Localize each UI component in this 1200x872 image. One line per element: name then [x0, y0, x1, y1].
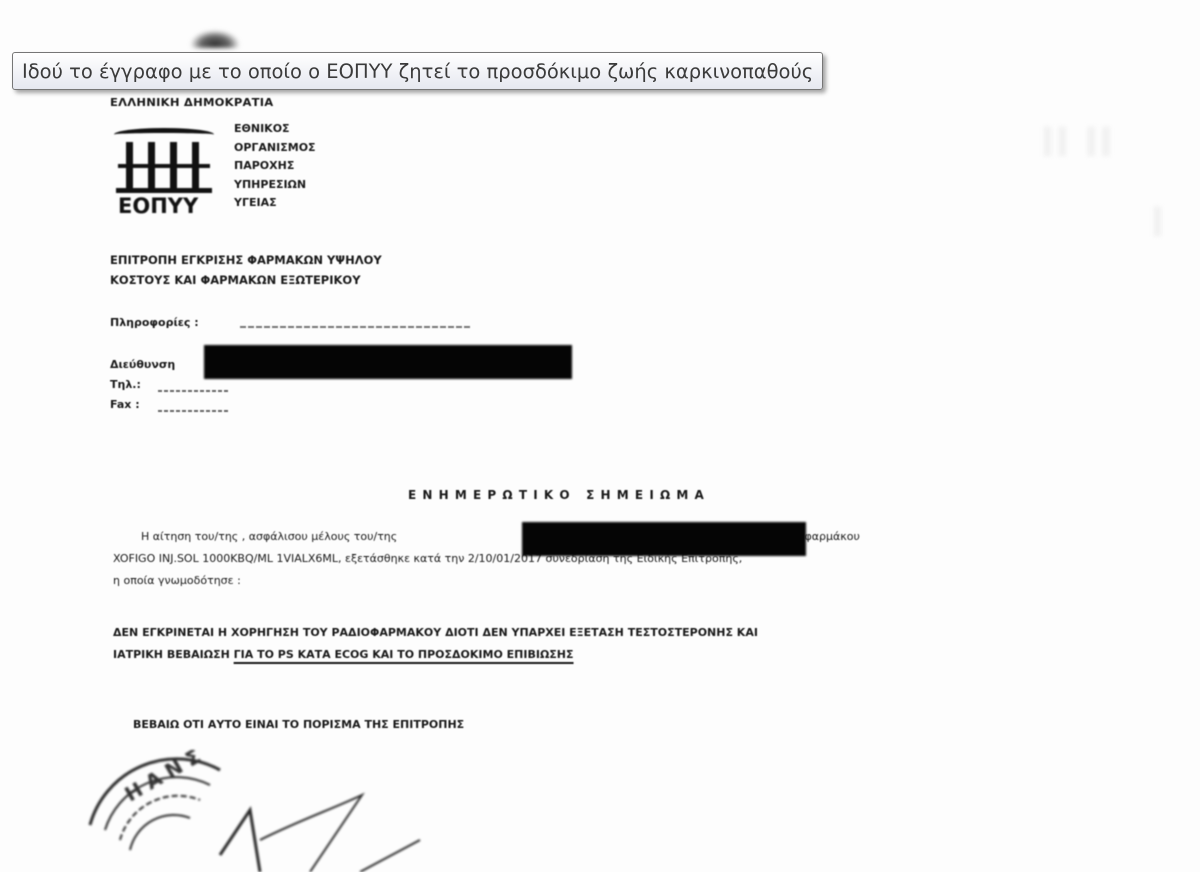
organization-name: ΕΘΝΙΚΟΣ ΟΡΓΑΝΙΣΜΟΣ ΠΑΡΟΧΗΣ ΥΠΗΡΕΣΙΩΝ ΥΓΕ…: [234, 120, 316, 213]
address-label: Διεύθυνση: [110, 358, 175, 371]
stamp-and-signature-icon: Η Α Ν Σ: [60, 750, 480, 872]
redaction-bar: [204, 345, 572, 379]
logo-roof-shape: [114, 128, 214, 141]
logo-base-shape: [116, 188, 212, 193]
org-line: ΠΑΡΟΧΗΣ: [234, 157, 316, 176]
fax-blank-line: [158, 410, 228, 412]
org-line: ΥΠΗΡΕΣΙΩΝ: [234, 176, 316, 195]
tooltip-text: Ιδού το έγγραφο με το οποίο ο ΕΟΠΥΥ ζητε…: [22, 60, 813, 83]
paragraph-line: η οποία γνωμοδότησε :: [113, 570, 1078, 592]
committee-name: ΕΠΙΤΡΟΠΗ ΕΓΚΡΙΣΗΣ ΦΑΡΜΑΚΩΝ ΥΨΗΛΟΥ ΚΟΣΤΟΥ…: [110, 250, 382, 290]
org-line: ΥΓΕΙΑΣ: [234, 194, 316, 213]
paragraph-line: ΙΑΤΡΙΚΗ ΒΕΒΑΙΩΣΗ ΓΙΑ ΤΟ PS ΚΑΤΑ ECOG ΚΑΙ…: [113, 644, 1078, 666]
logo-text: ΕΟΠΥΥ: [118, 194, 198, 218]
paragraph-line: ΔΕΝ ΕΓΚΡΙΝΕΤΑΙ Η ΧΟΡΗΓΗΣΗ ΤΟΥ ΡΑΔΙΟΦΑΡΜΑ…: [113, 622, 1078, 644]
certification-line: ΒΕΒΑΙΩ ΟΤΙ ΑΥΤΟ ΕΙΝΑΙ ΤΟ ΠΟΡΙΣΜΑ ΤΗΣ ΕΠΙ…: [133, 718, 464, 731]
redaction-bar: [522, 522, 806, 556]
logo-bar-shape: [118, 164, 210, 168]
eopyy-logo: ΕΟΠΥΥ: [112, 120, 222, 224]
document-image: ΕΛΛΗΝΙΚΗ ΔΗΜΟΚΡΑΤΙΑ ΕΟΠΥΥ ΕΘΝΙΚΟΣ ΟΡΓΑΝΙ…: [0, 0, 1200, 872]
tel-label: Τηλ.:: [110, 378, 141, 391]
emblem-icon: [190, 30, 240, 48]
org-line: ΕΘΝΙΚΟΣ: [234, 120, 316, 139]
tel-blank-line: [158, 390, 228, 392]
image-tooltip: Ιδού το έγγραφο με το οποίο ο ΕΟΠΥΥ ζητε…: [12, 52, 823, 90]
republic-heading: ΕΛΛΗΝΙΚΗ ΔΗΜΟΚΡΑΤΙΑ: [110, 96, 273, 109]
committee-line: ΚΟΣΤΟΥΣ ΚΑΙ ΦΑΡΜΑΚΩΝ ΕΞΩΤΕΡΙΚΟΥ: [110, 270, 382, 290]
info-label: Πληροφορίες :: [110, 316, 199, 329]
committee-line: ΕΠΙΤΡΟΠΗ ΕΓΚΡΙΣΗΣ ΦΑΡΜΑΚΩΝ ΥΨΗΛΟΥ: [110, 250, 382, 270]
document-title: ΕΝΗΜΕΡΩΤΙΚΟ ΣΗΜΕΙΩΜΑ: [408, 488, 710, 502]
org-line: ΟΡΓΑΝΙΣΜΟΣ: [234, 139, 316, 158]
paragraph-decision: ΔΕΝ ΕΓΚΡΙΝΕΤΑΙ Η ΧΟΡΗΓΗΣΗ ΤΟΥ ΡΑΔΙΟΦΑΡΜΑ…: [113, 622, 1078, 666]
info-blank-line: [240, 326, 472, 328]
fax-label: Fax :: [110, 398, 140, 411]
